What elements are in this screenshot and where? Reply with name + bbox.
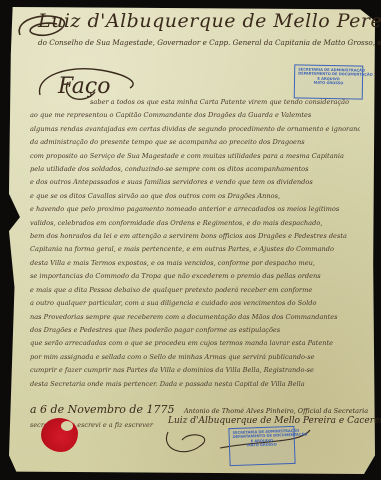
body-line: que serão arrecadadas com o que se proce… (30, 337, 360, 350)
body-line: e mais que a dita Pessoa debaixo de qual… (30, 284, 360, 297)
body-line: Capitania na forma geral, e mais pertenc… (30, 243, 360, 256)
stamp-line: MATO GROSSO (298, 81, 359, 87)
document-heading: Luiz d'Albuquerque de Mello Pereira e Ca… (38, 10, 381, 32)
document-subheading: do Conselho de Sua Magestade, Governador… (38, 38, 381, 47)
body-line: e que se os ditos Cavallos sirvão ao que… (30, 190, 360, 203)
body-line: algumas rendas avantajadas em certas div… (30, 123, 360, 136)
body-line: por mim assignada e sellada com o Sello … (30, 351, 360, 364)
body-line: desta Secretaria onde mais pertencer. Da… (30, 378, 360, 391)
body-line: da administração do presente tempo que s… (30, 136, 360, 149)
secretary-note: Antonio de Thomé Alves Pinheiro, Officia… (184, 407, 368, 415)
signature: Luiz d'Albuquerque de Mello Pereira e Ca… (168, 416, 381, 426)
date-line: a 6 de Novembro de 1775 Antonio de Thomé… (30, 403, 368, 416)
body-line: pela utilidade dos soldados, conduzindo-… (30, 163, 360, 176)
stamp-line: MATO GROSSO (233, 442, 291, 449)
body-line: ao que me representou o Capitão Commanda… (30, 109, 360, 122)
archive-stamp-top: SECRETARIA DE ADMINISTRAÇÃO DEPARTAMENTO… (294, 64, 364, 99)
body-line: cumprir e fazer cumprir nas Partes da Vi… (30, 364, 360, 377)
body-line: bem dos honrados da lei e em attenção a … (30, 230, 360, 243)
body-line: desta Villa e mais Termos expostos, e os… (30, 257, 360, 270)
body-line: nas Provedorias sempre que receberem com… (30, 311, 360, 324)
date-text: a 6 de Novembro de 1775 (30, 403, 174, 416)
document-body: saber a todos os que esta minha Carta Pa… (30, 96, 360, 391)
wax-seal-icon (41, 418, 78, 452)
body-line: validos, celebrados em conformidade das … (30, 217, 360, 230)
body-line: com proposito ao Serviço de Sua Magestad… (30, 150, 360, 163)
body-line: se importancias do Commodo da Tropa que … (30, 270, 360, 283)
body-line: e havendo que pelo proximo pagamento nom… (30, 203, 360, 216)
archive-stamp-bottom: SECRETARIA DE ADMINISTRAÇÃO DEPARTAMENTO… (228, 426, 295, 466)
body-line: dos Dragões e Pedestres que lhes poderão… (30, 324, 360, 337)
body-line: a outro qualquer particular, com a sua d… (30, 297, 360, 310)
body-line: e dos outros Antepassados e suas familia… (30, 176, 360, 189)
